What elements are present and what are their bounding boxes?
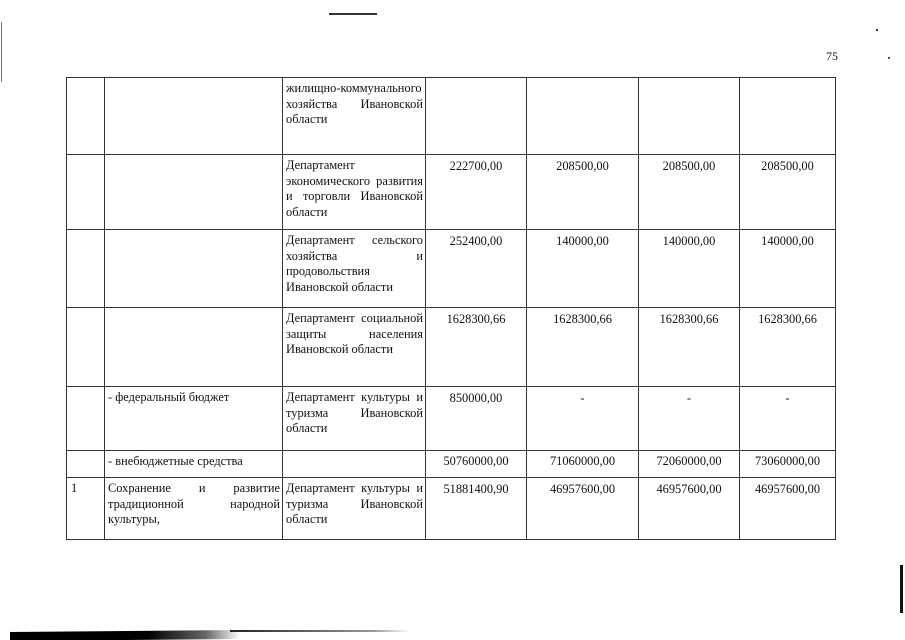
amount-cell-year-4: 140000,00	[740, 230, 836, 308]
page-number: 75	[826, 49, 838, 64]
amount-cell-year-2: 208500,00	[527, 155, 639, 230]
scan-artifact-left-edge	[1, 22, 2, 82]
amount-cell-year-2: -	[527, 387, 639, 451]
row-index-cell	[67, 451, 105, 478]
funding-source-cell: - внебюджетные средства	[105, 451, 283, 478]
row-index-cell	[67, 230, 105, 308]
department-cell: Департамент экономического развития и то…	[283, 155, 426, 230]
funding-source-cell	[105, 78, 283, 155]
amount-cell-year-3: -	[639, 387, 740, 451]
amount-cell-year-4	[740, 78, 836, 155]
row-index-cell	[67, 78, 105, 155]
amount-cell-year-4: 73060000,00	[740, 451, 836, 478]
amount-cell-year-2: 1628300,66	[527, 308, 639, 387]
department-cell: Департамент культуры и туризма Ивановско…	[283, 478, 426, 540]
scan-artifact-bottom-smudge	[10, 630, 240, 640]
department-cell: Департамент социальной защиты населения …	[283, 308, 426, 387]
amount-cell-year-1: 51881400,90	[426, 478, 527, 540]
table-row: Департамент социальной защиты населения …	[67, 308, 836, 387]
amount-cell-year-3: 46957600,00	[639, 478, 740, 540]
amount-cell-year-3: 208500,00	[639, 155, 740, 230]
funding-source-cell	[105, 155, 283, 230]
department-cell: жилищно-коммунального хозяйства Ивановск…	[283, 78, 426, 155]
department-cell: Департамент сельского хозяйства и продов…	[283, 230, 426, 308]
amount-cell-year-1: 222700,00	[426, 155, 527, 230]
scan-artifact-top-dash	[329, 13, 377, 15]
amount-cell-year-3: 1628300,66	[639, 308, 740, 387]
department-cell: Департамент культуры и туризма Ивановско…	[283, 387, 426, 451]
amount-cell-year-2: 71060000,00	[527, 451, 639, 478]
amount-cell-year-4: -	[740, 387, 836, 451]
scan-artifact-right-bar	[900, 565, 903, 613]
amount-cell-year-3	[639, 78, 740, 155]
scan-artifact-dot	[876, 29, 878, 31]
table-row: Департамент экономического развития и то…	[67, 155, 836, 230]
funding-source-cell: - федеральный бюджет	[105, 387, 283, 451]
table-row: Департамент сельского хозяйства и продов…	[67, 230, 836, 308]
amount-cell-year-4: 1628300,66	[740, 308, 836, 387]
amount-cell-year-1	[426, 78, 527, 155]
table-row: - федеральный бюджетДепартамент культуры…	[67, 387, 836, 451]
amount-cell-year-1: 50760000,00	[426, 451, 527, 478]
funding-source-cell	[105, 230, 283, 308]
row-index-cell: 1	[67, 478, 105, 540]
row-index-cell	[67, 387, 105, 451]
amount-cell-year-1: 1628300,66	[426, 308, 527, 387]
table-row: жилищно-коммунального хозяйства Ивановск…	[67, 78, 836, 155]
amount-cell-year-3: 72060000,00	[639, 451, 740, 478]
amount-cell-year-4: 46957600,00	[740, 478, 836, 540]
amount-cell-year-2: 46957600,00	[527, 478, 639, 540]
table-row: - внебюджетные средства50760000,00710600…	[67, 451, 836, 478]
scan-artifact-bottom-line	[230, 630, 410, 632]
funding-source-cell	[105, 308, 283, 387]
amount-cell-year-4: 208500,00	[740, 155, 836, 230]
row-index-cell	[67, 308, 105, 387]
table-row: 1Сохранение и развитие традиционной наро…	[67, 478, 836, 540]
funding-source-cell: Сохранение и развитие традиционной народ…	[105, 478, 283, 540]
scan-artifact-dot	[888, 57, 890, 59]
amount-cell-year-2	[527, 78, 639, 155]
amount-cell-year-3: 140000,00	[639, 230, 740, 308]
row-index-cell	[67, 155, 105, 230]
amount-cell-year-2: 140000,00	[527, 230, 639, 308]
department-cell	[283, 451, 426, 478]
amount-cell-year-1: 850000,00	[426, 387, 527, 451]
amount-cell-year-1: 252400,00	[426, 230, 527, 308]
budget-table: жилищно-коммунального хозяйства Ивановск…	[66, 77, 836, 540]
